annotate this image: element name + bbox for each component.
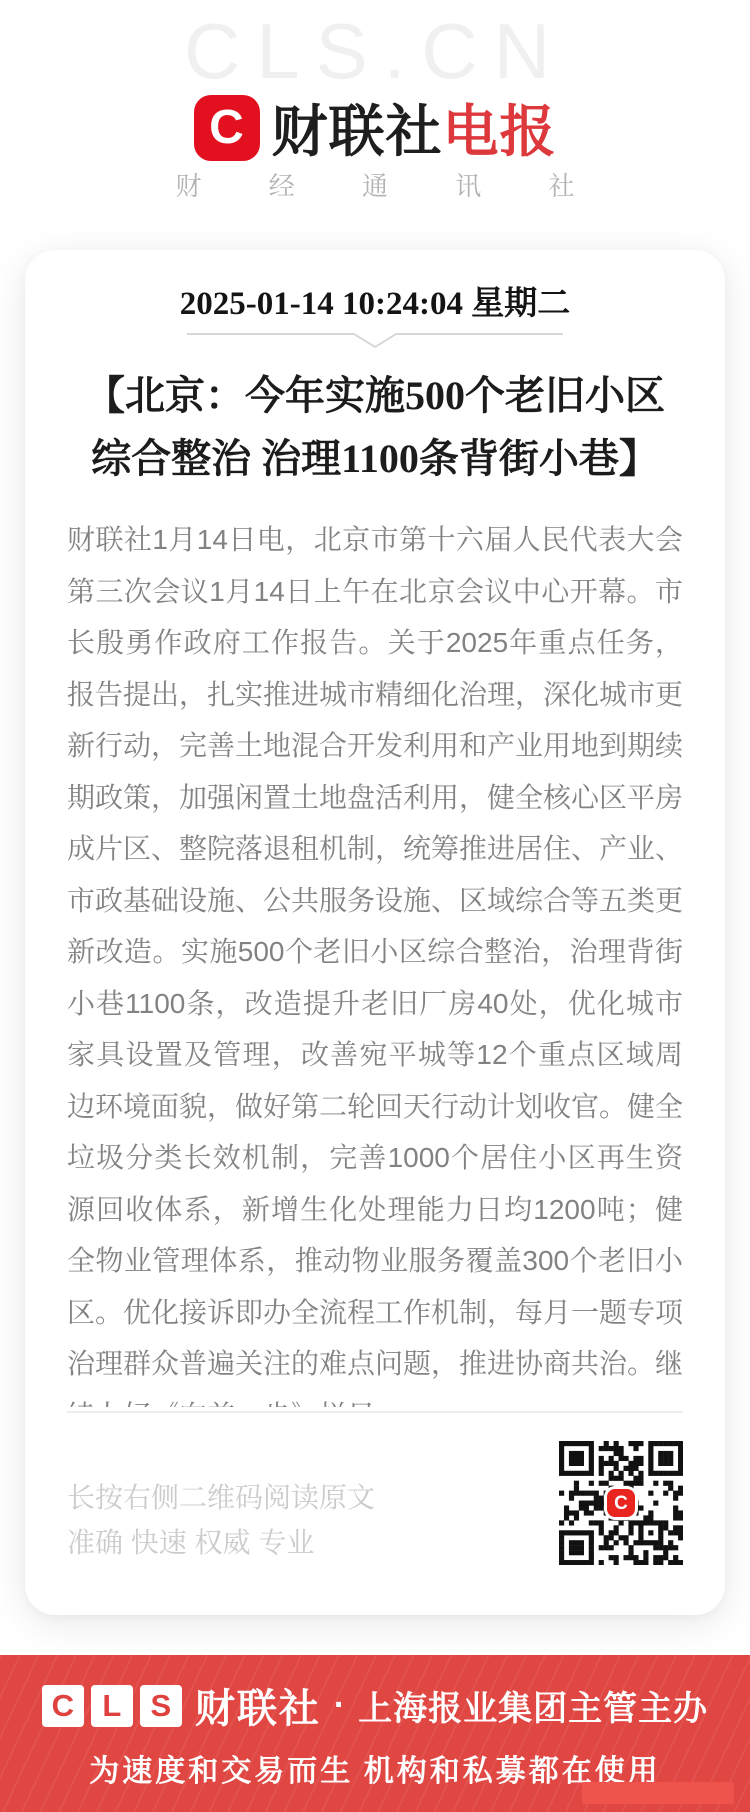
cls-box-l: L	[91, 1685, 133, 1727]
date-divider-chevron	[186, 332, 564, 350]
article-title: 【北京：今年实施500个老旧小区综合整治 治理1100条背街小巷】	[67, 364, 683, 490]
cls-cn-watermark: CLS.CN	[0, 6, 750, 97]
footer-divider	[67, 1411, 683, 1413]
wordmark-cailianshe: 财联社	[272, 100, 443, 163]
banner-affiliation: 上海报业集团主管主办	[358, 1681, 708, 1730]
cls-box-s: S	[140, 1685, 182, 1727]
qr-hint-text: 长按右侧二维码阅读原文 准确 快速 权威 专业	[67, 1475, 375, 1565]
qr-hint-line2: 准确 快速 权威 专业	[67, 1520, 375, 1565]
banner-brand-name: 财联社	[195, 1677, 321, 1734]
article-body: 财联社1月14日电，北京市第十六届人民代表大会第三次会议1月14日上午在北京会议…	[67, 514, 683, 1407]
card-footer: 长按右侧二维码阅读原文 准确 快速 权威 专业 C	[67, 1441, 683, 1565]
brand-tagline: 财 经 通 讯 社	[0, 166, 750, 203]
article-datetime: 2025-01-14 10:24:04 星期二	[67, 277, 683, 324]
banner-highlight-strip	[582, 1782, 734, 1804]
qr-code[interactable]: C	[559, 1441, 683, 1565]
cls-c-logo-icon: C	[194, 95, 260, 161]
cls-box-c: C	[42, 1685, 84, 1727]
qr-center-logo-icon: C	[607, 1489, 635, 1517]
cls-letter-boxes: C L S	[42, 1685, 182, 1727]
wordmark-dianbao: 电报	[443, 100, 557, 163]
bottom-banner: C L S 财联社 · 上海报业集团主管主办 为速度和交易而生 机构和私募都在使…	[0, 1655, 750, 1812]
banner-slogan: 为速度和交易而生 机构和私募都在使用	[89, 1746, 661, 1790]
banner-brand-row: C L S 财联社 · 上海报业集团主管主办	[42, 1677, 708, 1734]
article-card: 2025-01-14 10:24:04 星期二 【北京：今年实施500个老旧小区…	[25, 250, 725, 1615]
brand-header: C 财联社电报	[0, 88, 750, 168]
brand-wordmark: 财联社电报	[272, 88, 557, 168]
qr-hint-line1: 长按右侧二维码阅读原文	[67, 1475, 375, 1520]
banner-separator-dot: ·	[334, 1686, 345, 1725]
